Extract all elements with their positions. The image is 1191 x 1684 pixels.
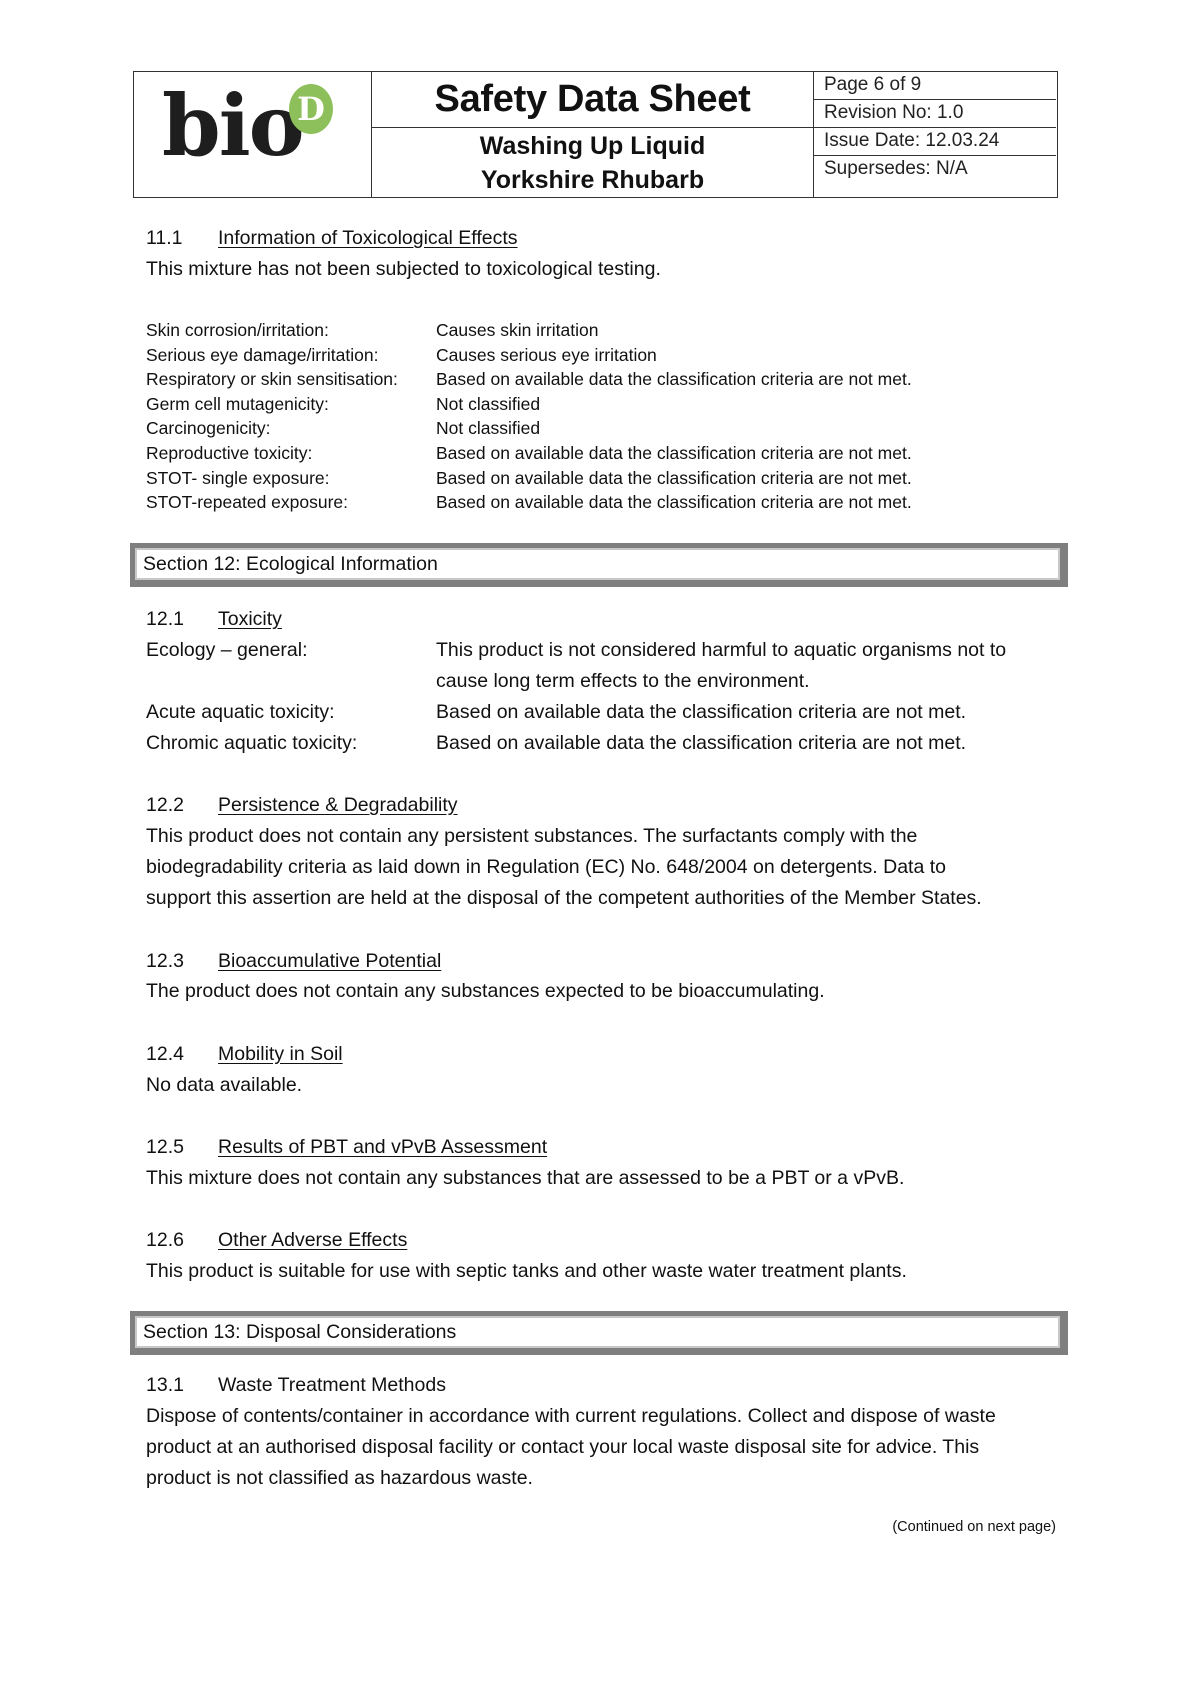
subsection-number: 13.1: [146, 1374, 184, 1397]
paragraph-line: product at an authorised disposal facili…: [146, 1436, 979, 1459]
bio-d-logo: bio: [162, 84, 303, 168]
paragraph-line: This product does not contain any persis…: [146, 825, 917, 848]
section-heading: Section 13: Disposal Considerations: [135, 1316, 1060, 1348]
paragraph-line: biodegradability criteria as laid down i…: [146, 856, 946, 879]
effect-label: STOT- single exposure:: [146, 468, 330, 489]
subsection-title: Waste Treatment Methods: [218, 1374, 446, 1397]
effect-label: Skin corrosion/irritation:: [146, 320, 329, 341]
logo-d-badge-icon: D: [289, 84, 333, 134]
effect-label: Serious eye damage/irritation:: [146, 345, 378, 366]
section-heading-bar: Section 12: Ecological Information: [130, 543, 1068, 587]
subsection-body: This mixture has not been subjected to t…: [146, 258, 661, 281]
row-value: Based on available data the classificati…: [436, 701, 966, 724]
meta-cells: Page 6 of 9 Revision No: 1.0 Issue Date:…: [813, 72, 1056, 197]
subsection-title: Mobility in Soil: [218, 1043, 343, 1066]
row-label: Acute aquatic toxicity:: [146, 701, 335, 724]
document-header: bio D Safety Data Sheet Washing Up Liqui…: [133, 71, 1058, 198]
title-cell: Safety Data Sheet: [372, 72, 813, 128]
subsection-body: This mixture does not contain any substa…: [146, 1167, 904, 1190]
effect-value: Based on available data the classificati…: [436, 492, 912, 513]
paragraph-line: Dispose of contents/container in accorda…: [146, 1405, 996, 1428]
subsection-number: 12.3: [146, 950, 184, 973]
paragraph-line: product is not classified as hazardous w…: [146, 1467, 533, 1490]
product-name-line2: Yorkshire Rhubarb: [481, 163, 704, 197]
effect-value: Causes serious eye irritation: [436, 345, 657, 366]
page-number: Page 6 of 9: [814, 72, 1056, 100]
subsection-number: 12.1: [146, 608, 184, 631]
paragraph-line: support this assertion are held at the d…: [146, 887, 982, 910]
row-value: cause long term effects to the environme…: [436, 670, 810, 693]
effect-value: Not classified: [436, 394, 540, 415]
subsection-title: Bioaccumulative Potential: [218, 950, 441, 973]
continued-note: (Continued on next page): [892, 1519, 1056, 1535]
document-title: Safety Data Sheet: [435, 78, 751, 121]
effect-value: Causes skin irritation: [436, 320, 598, 341]
subsection-number: 12.2: [146, 794, 184, 817]
subsection-body: This product is suitable for use with se…: [146, 1260, 907, 1283]
revision-number: Revision No: 1.0: [814, 100, 1056, 128]
effect-label: Germ cell mutagenicity:: [146, 394, 329, 415]
subsection-number: 12.5: [146, 1136, 184, 1159]
row-label: Ecology – general:: [146, 639, 308, 662]
effect-label: Reproductive toxicity:: [146, 443, 312, 464]
effect-value: Based on available data the classificati…: [436, 443, 912, 464]
supersedes: Supersedes: N/A: [814, 156, 1056, 196]
subsection-body: No data available.: [146, 1074, 302, 1097]
logo-cell: bio D: [134, 72, 372, 197]
subsection-title: Toxicity: [218, 608, 282, 631]
section-heading: Section 12: Ecological Information: [135, 548, 1060, 580]
row-value: Based on available data the classificati…: [436, 732, 966, 755]
product-name-line1: Washing Up Liquid: [480, 129, 705, 163]
subsection-title: Other Adverse Effects: [218, 1229, 407, 1252]
subsection-title: Information of Toxicological Effects: [218, 227, 518, 250]
subsection-title: Results of PBT and vPvB Assessment: [218, 1136, 547, 1159]
subsection-number: 12.6: [146, 1229, 184, 1252]
row-value: This product is not considered harmful t…: [436, 639, 1006, 662]
product-cell: Washing Up Liquid Yorkshire Rhubarb: [372, 128, 813, 197]
effect-value: Not classified: [436, 418, 540, 439]
subsection-number: 11.1: [146, 227, 183, 250]
subsection-number: 12.4: [146, 1043, 184, 1066]
section-heading-bar: Section 13: Disposal Considerations: [130, 1311, 1068, 1355]
effect-value: Based on available data the classificati…: [436, 369, 912, 390]
effect-label: Respiratory or skin sensitisation:: [146, 369, 398, 390]
issue-date: Issue Date: 12.03.24: [814, 128, 1056, 156]
subsection-title: Persistence & Degradability: [218, 794, 458, 817]
effect-label: Carcinogenicity:: [146, 418, 271, 439]
effect-value: Based on available data the classificati…: [436, 468, 912, 489]
subsection-body: The product does not contain any substan…: [146, 980, 825, 1003]
row-label: Chromic aquatic toxicity:: [146, 732, 357, 755]
effect-label: STOT-repeated exposure:: [146, 492, 348, 513]
